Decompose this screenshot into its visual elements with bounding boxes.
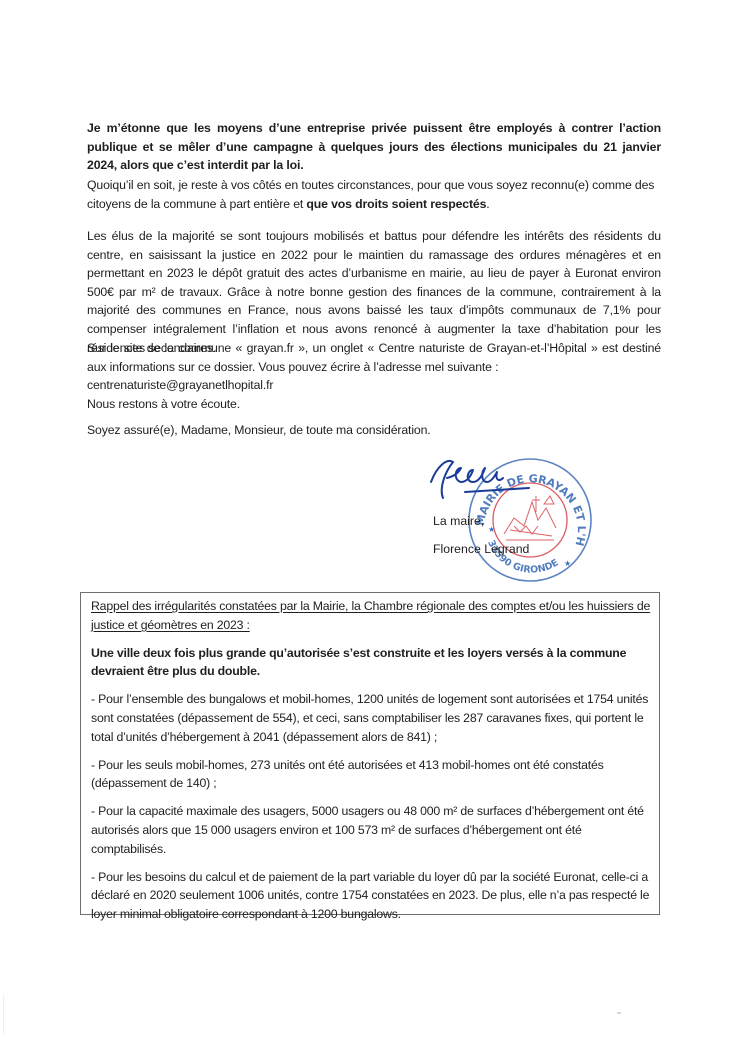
svg-text:★: ★: [488, 525, 495, 534]
irregularities-box: Rappel des irrégularités constatées par …: [80, 592, 660, 915]
irregularity-item: - Pour les seuls mobil-homes, 273 unités…: [91, 756, 651, 794]
irregularity-item: - Pour les besoins du calcul et de paiem…: [91, 868, 651, 924]
scan-edge-mark: [3, 995, 4, 1035]
handwritten-signature-icon: [425, 452, 535, 507]
irregularities-title: Rappel des irrégularités constatées par …: [91, 597, 651, 635]
irregularity-item: - Pour la capacité maximale des usagers,…: [91, 802, 651, 858]
paragraph-complaint: Je m’étonne que les moyens d’une entrepr…: [87, 119, 661, 175]
document-page: Je m’étonne que les moyens d’une entrepr…: [0, 0, 740, 1047]
irregularity-item: - Pour l’ensemble des bungalows et mobil…: [91, 690, 651, 746]
paragraph-listening: Nous restons à votre écoute.: [87, 395, 661, 414]
paragraph-support-end: .: [486, 197, 489, 211]
paragraph-support-bold: que vos droits soient respectés: [306, 197, 486, 211]
paragraph-closing: Soyez assuré(e), Madame, Monsieur, de to…: [87, 421, 661, 440]
svg-text:★: ★: [564, 559, 571, 568]
signatory-name: Florence Legrand: [433, 540, 529, 558]
signatory-title: La maire,: [433, 512, 484, 530]
irregularities-lead: Une ville deux fois plus grande qu’autor…: [91, 644, 651, 682]
paragraph-website: Sur le site de la commune « grayan.fr »,…: [87, 339, 661, 395]
paragraph-achievements: Les élus de la majorité se sont toujours…: [87, 227, 661, 357]
contact-email[interactable]: centrenaturiste@grayanetlhopital.fr: [87, 378, 273, 392]
paragraph-website-text: Sur le site de la commune « grayan.fr »,…: [87, 341, 661, 374]
scan-speck: [617, 1012, 621, 1014]
paragraph-support: Quoiqu’il en soit, je reste à vos côtés …: [87, 176, 661, 213]
